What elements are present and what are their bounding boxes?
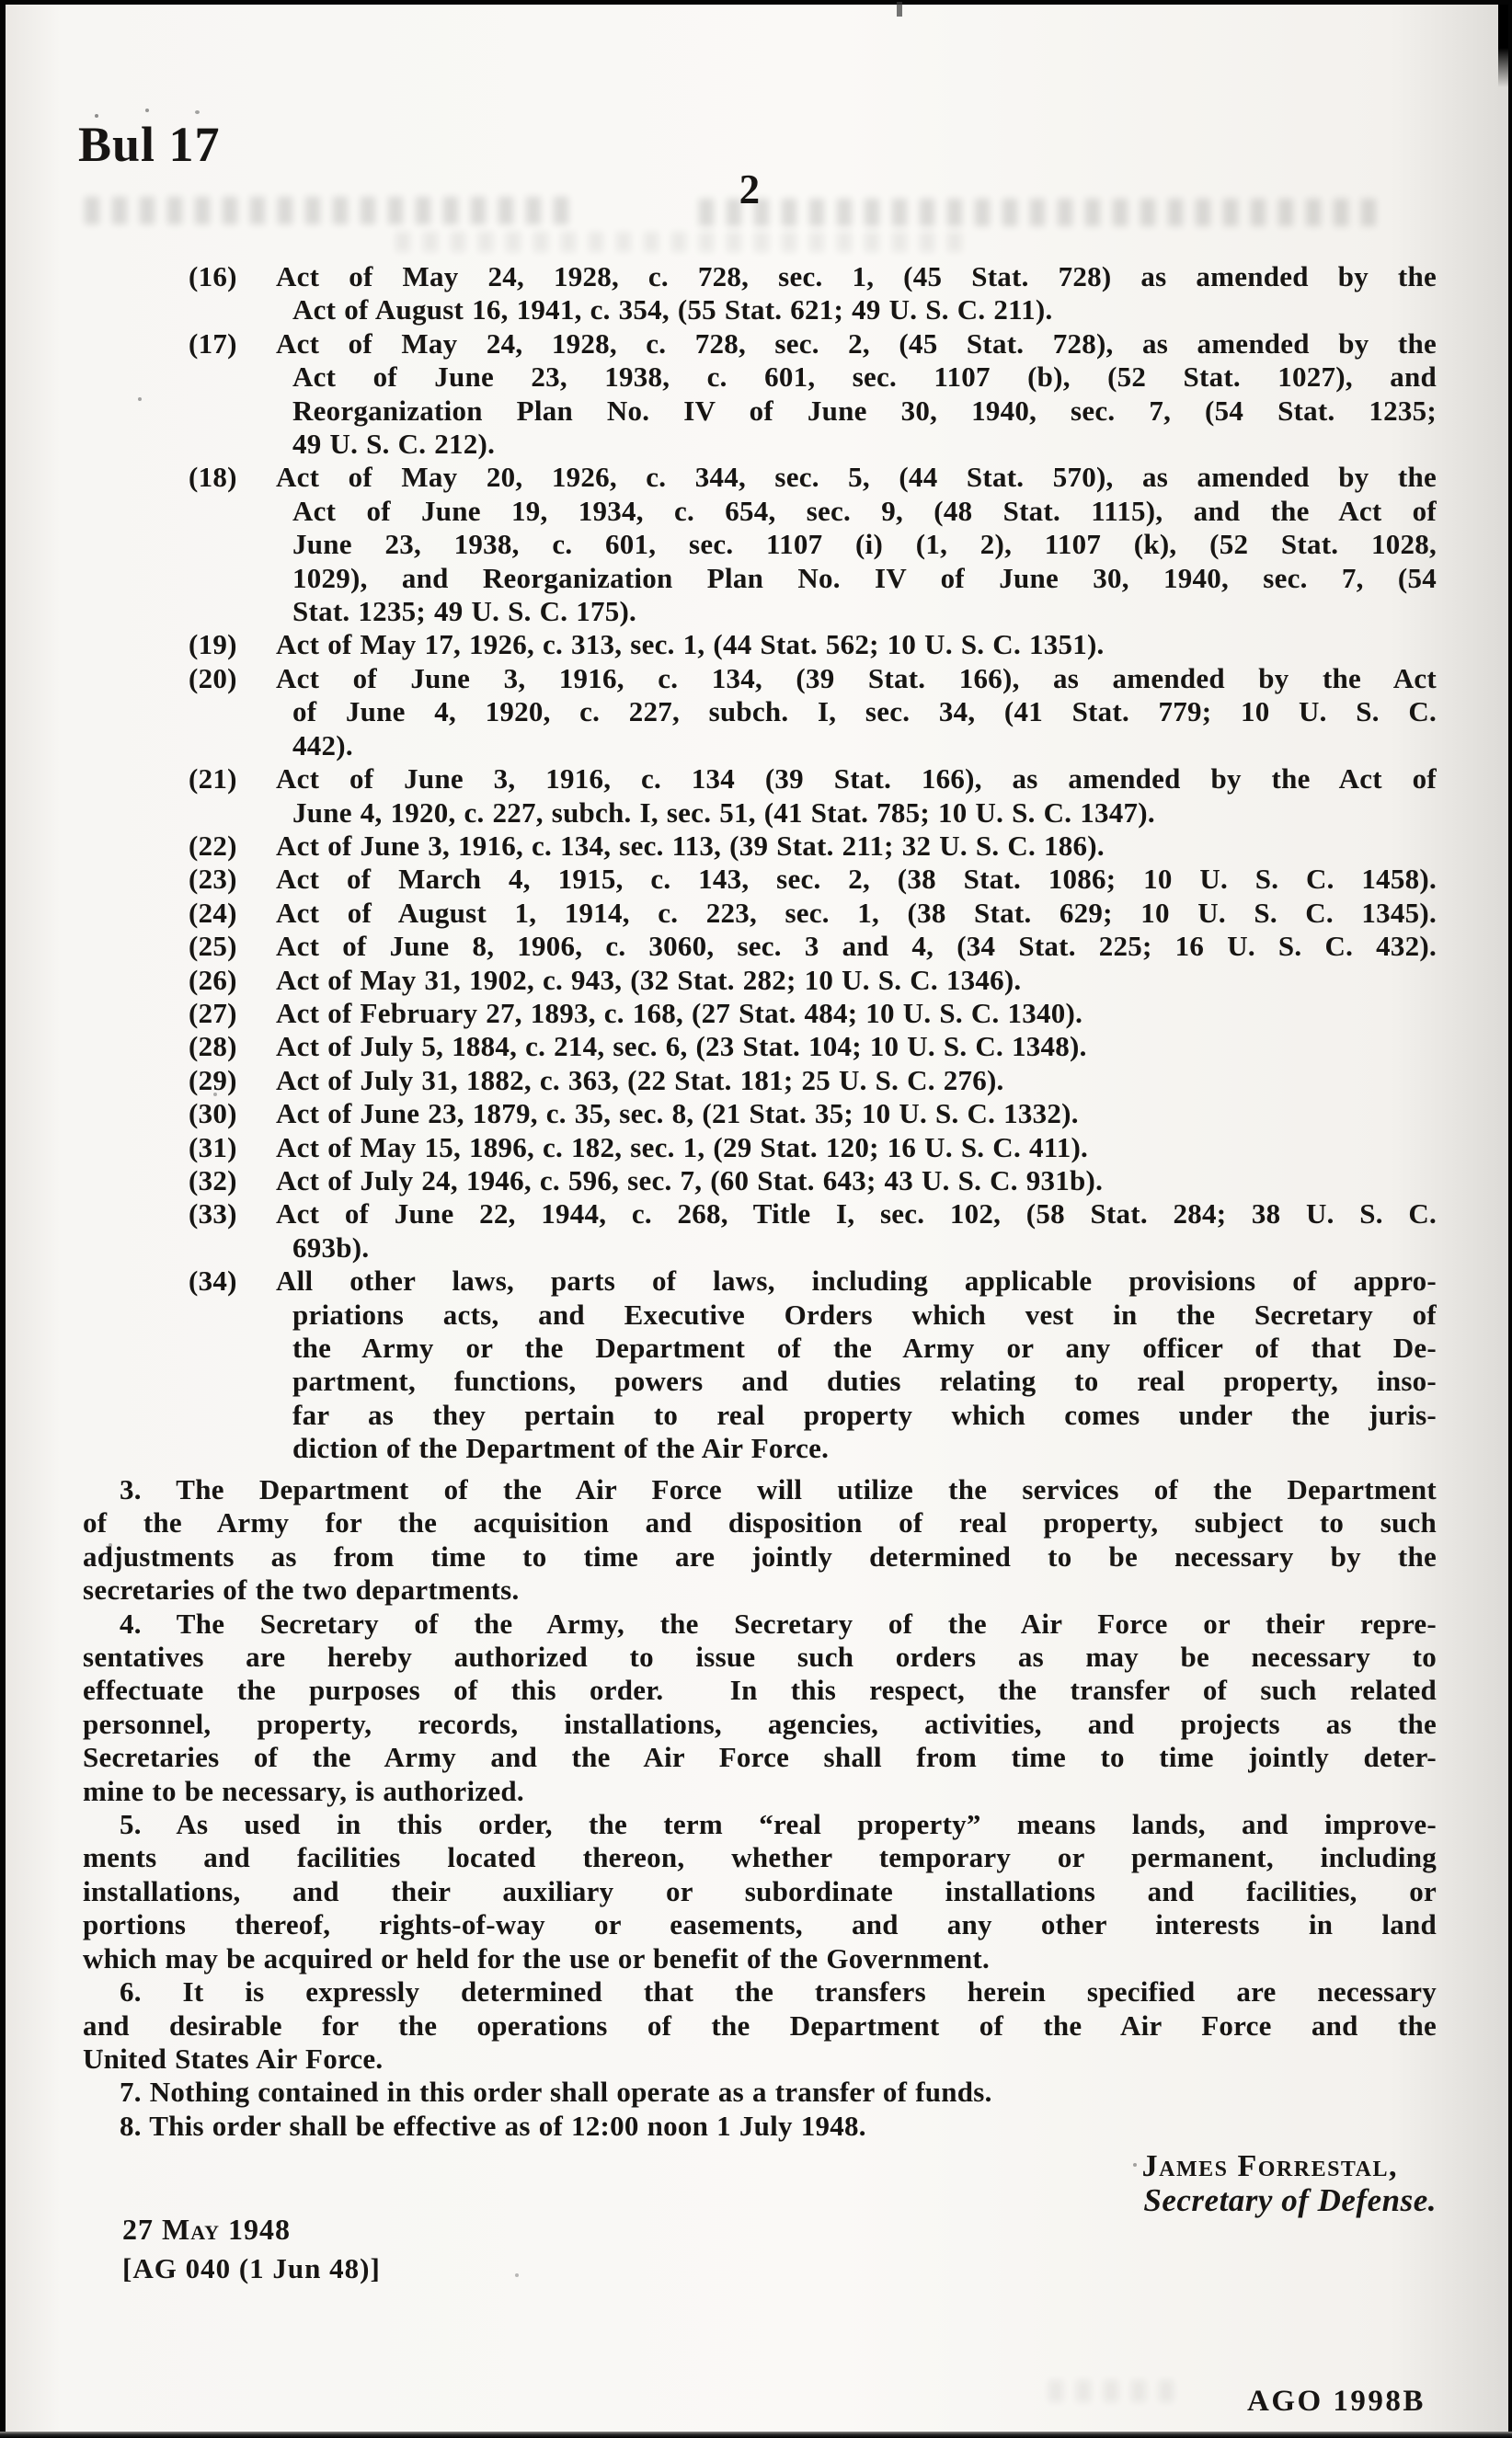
- text-line: June 4, 1920, c. 227, subch. I, sec. 51,…: [276, 796, 1437, 830]
- text-line: effectuate the purposes of this order. I…: [83, 1674, 1437, 1707]
- statute-item: (32)Act of July 24, 1946, c. 596, sec. 7…: [276, 1164, 1437, 1197]
- item-number: (31): [189, 1131, 237, 1164]
- text-line: Act of May 24, 1928, c. 728, sec. 1, (45…: [276, 260, 1437, 293]
- text-line: Act of June 23, 1879, c. 35, sec. 8, (21…: [276, 1097, 1437, 1130]
- ago-print-number: AGO 1998B: [1247, 2385, 1426, 2419]
- item-number: (32): [189, 1164, 237, 1197]
- item-number: (33): [189, 1197, 237, 1230]
- document-page: Bul 17 2 (16)Act of May 24, 1928, c. 728…: [0, 0, 1512, 2438]
- text-line: 5. As used in this order, the term “real…: [83, 1808, 1437, 1841]
- item-number: (27): [189, 997, 237, 1030]
- statute-item: (33)Act of June 22, 1944, c. 268, Title …: [276, 1197, 1437, 1265]
- item-number: (28): [189, 1030, 237, 1063]
- order-date: 27 May 1948: [122, 2213, 291, 2247]
- order-paragraph: 7. Nothing contained in this order shall…: [83, 2076, 1437, 2109]
- text-line: Act of June 23, 1938, c. 601, sec. 1107 …: [276, 361, 1437, 394]
- text-line: sentatives are hereby authorized to issu…: [83, 1641, 1437, 1674]
- text-line: Act of February 27, 1893, c. 168, (27 St…: [276, 997, 1437, 1030]
- order-paragraph: 3. The Department of the Air Force will …: [83, 1473, 1437, 1608]
- item-number: (26): [189, 964, 237, 997]
- ag-reference: [AG 040 (1 Jun 48)]: [122, 2252, 381, 2285]
- text-line: All other laws, parts of laws, including…: [276, 1265, 1437, 1298]
- ink-speck: [109, 1543, 112, 1547]
- text-line: Act of August 1, 1914, c. 223, sec. 1, (…: [276, 897, 1437, 930]
- text-line: June 23, 1938, c. 601, sec. 1107 (i) (1,…: [276, 528, 1437, 561]
- statute-item: (24)Act of August 1, 1914, c. 223, sec. …: [276, 897, 1437, 930]
- scan-border-right: [1508, 0, 1512, 2438]
- text-line: Act of August 16, 1941, c. 354, (55 Stat…: [276, 293, 1437, 326]
- text-line: mine to be necessary, is authorized.: [83, 1775, 1437, 1808]
- item-number: (24): [189, 897, 237, 930]
- scan-smudge: [1048, 2380, 1186, 2402]
- text-line: Reorganization Plan No. IV of June 30, 1…: [276, 395, 1437, 428]
- scan-artifact-tick: [897, 2, 902, 17]
- ink-speck: [145, 109, 149, 112]
- text-line: 7. Nothing contained in this order shall…: [83, 2076, 1437, 2109]
- text-line: Act of July 31, 1882, c. 363, (22 Stat. …: [276, 1064, 1437, 1097]
- text-line: 49 U. S. C. 212).: [276, 428, 1437, 461]
- text-line: Act of July 5, 1884, c. 214, sec. 6, (23…: [276, 1030, 1437, 1063]
- text-line: priations acts, and Executive Orders whi…: [276, 1299, 1437, 1332]
- signature-name: James Forrestal,: [1142, 2149, 1398, 2184]
- statute-item: (28)Act of July 5, 1884, c. 214, sec. 6,…: [276, 1030, 1437, 1063]
- order-paragraph: 5. As used in this order, the term “real…: [83, 1808, 1437, 1975]
- statute-item: (26)Act of May 31, 1902, c. 943, (32 Sta…: [276, 964, 1437, 997]
- scan-border-left: [0, 0, 6, 2438]
- item-number: (16): [189, 260, 237, 293]
- item-number: (18): [189, 461, 237, 494]
- text-line: partment, functions, powers and duties r…: [276, 1365, 1437, 1398]
- statute-item: (31)Act of May 15, 1896, c. 182, sec. 1,…: [276, 1131, 1437, 1164]
- statute-item: (17)Act of May 24, 1928, c. 728, sec. 2,…: [276, 327, 1437, 462]
- statute-item: (34)All other laws, parts of laws, inclu…: [276, 1265, 1437, 1465]
- ink-speck: [95, 114, 98, 118]
- text-line: secretaries of the two departments.: [83, 1574, 1437, 1607]
- ink-speck: [515, 2273, 519, 2277]
- statute-item: (19)Act of May 17, 1926, c. 313, sec. 1,…: [276, 628, 1437, 661]
- item-number: (22): [189, 830, 237, 863]
- text-line: Act of June 8, 1906, c. 3060, sec. 3 and…: [276, 930, 1437, 963]
- text-line: 4. The Secretary of the Army, the Secret…: [83, 1608, 1437, 1641]
- item-number: (20): [189, 662, 237, 695]
- item-number: (19): [189, 628, 237, 661]
- text-line: Act of May 24, 1928, c. 728, sec. 2, (45…: [276, 327, 1437, 361]
- item-number: (30): [189, 1097, 237, 1130]
- order-paragraph: 8. This order shall be effective as of 1…: [83, 2110, 1437, 2143]
- order-paragraph: 4. The Secretary of the Army, the Secret…: [83, 1608, 1437, 1808]
- text-line: of the Army for the acquisition and disp…: [83, 1506, 1437, 1539]
- text-line: Act of July 24, 1946, c. 596, sec. 7, (6…: [276, 1164, 1437, 1197]
- item-number: (21): [189, 762, 237, 795]
- scan-border-bottom: [0, 2432, 1512, 2438]
- statute-item: (25)Act of June 8, 1906, c. 3060, sec. 3…: [276, 930, 1437, 963]
- text-line: which may be acquired or held for the us…: [83, 1942, 1437, 1975]
- text-line: 3. The Department of the Air Force will …: [83, 1473, 1437, 1506]
- text-line: United States Air Force.: [83, 2043, 1437, 2076]
- text-line: Act of June 19, 1934, c. 654, sec. 9, (4…: [276, 495, 1437, 528]
- text-line: and desirable for the operations of the …: [83, 2009, 1437, 2043]
- text-line: personnel, property, records, installati…: [83, 1708, 1437, 1741]
- statute-item: (20)Act of June 3, 1916, c. 134, (39 Sta…: [276, 662, 1437, 762]
- statute-item: (16)Act of May 24, 1928, c. 728, sec. 1,…: [276, 260, 1437, 327]
- item-number: (23): [189, 863, 237, 896]
- statute-item: (30)Act of June 23, 1879, c. 35, sec. 8,…: [276, 1097, 1437, 1130]
- ink-speck: [99, 2049, 103, 2053]
- statute-item: (27)Act of February 27, 1893, c. 168, (2…: [276, 997, 1437, 1030]
- ink-speck: [213, 1093, 217, 1096]
- text-line: 442).: [276, 729, 1437, 762]
- text-line: Act of June 3, 1916, c. 134, sec. 113, (…: [276, 830, 1437, 863]
- scan-smudge: [699, 199, 1389, 226]
- statute-item: (18)Act of May 20, 1926, c. 344, sec. 5,…: [276, 461, 1437, 628]
- signature-title: Secretary of Defense.: [1143, 2182, 1437, 2219]
- ink-speck: [1133, 2163, 1137, 2167]
- text-line: of June 4, 1920, c. 227, subch. I, sec. …: [276, 695, 1437, 728]
- scan-smudge: [395, 232, 966, 252]
- text-line: Act of June 22, 1944, c. 268, Title I, s…: [276, 1197, 1437, 1230]
- bulletin-label: Bul 17: [78, 116, 221, 173]
- text-line: adjustments as from time to time are joi…: [83, 1540, 1437, 1574]
- order-paragraphs: 3. The Department of the Air Force will …: [83, 1473, 1437, 2143]
- text-line: 693b).: [276, 1231, 1437, 1265]
- text-line: diction of the Department of the Air For…: [276, 1432, 1437, 1465]
- scan-border-top: [0, 0, 1512, 5]
- item-number: (29): [189, 1064, 237, 1097]
- text-line: Act of June 3, 1916, c. 134, (39 Stat. 1…: [276, 662, 1437, 695]
- text-line: installations, and their auxiliary or su…: [83, 1875, 1437, 1908]
- item-number: (34): [189, 1265, 237, 1298]
- text-line: Act of June 3, 1916, c. 134 (39 Stat. 16…: [276, 762, 1437, 795]
- ink-speck: [195, 110, 200, 114]
- item-number: (25): [189, 930, 237, 963]
- text-line: ments and facilities located thereon, wh…: [83, 1841, 1437, 1874]
- text-line: Act of May 15, 1896, c. 182, sec. 1, (29…: [276, 1131, 1437, 1164]
- statute-item: (23)Act of March 4, 1915, c. 143, sec. 2…: [276, 863, 1437, 896]
- text-line: Stat. 1235; 49 U. S. C. 175).: [276, 595, 1437, 628]
- statute-item: (22)Act of June 3, 1916, c. 134, sec. 11…: [276, 830, 1437, 863]
- order-paragraph: 6. It is expressly determined that the t…: [83, 1975, 1437, 2076]
- text-line: far as they pertain to real property whi…: [276, 1399, 1437, 1432]
- text-line: 6. It is expressly determined that the t…: [83, 1975, 1437, 2009]
- scan-smudge: [85, 197, 581, 224]
- text-line: Act of May 17, 1926, c. 313, sec. 1, (44…: [276, 628, 1437, 661]
- text-line: 8. This order shall be effective as of 1…: [83, 2110, 1437, 2143]
- text-line: 1029), and Reorganization Plan No. IV of…: [276, 562, 1437, 595]
- text-line: the Army or the Department of the Army o…: [276, 1332, 1437, 1365]
- item-number: (17): [189, 327, 237, 361]
- text-line: Act of March 4, 1915, c. 143, sec. 2, (3…: [276, 863, 1437, 896]
- statute-item: (21)Act of June 3, 1916, c. 134 (39 Stat…: [276, 762, 1437, 830]
- text-line: Act of May 31, 1902, c. 943, (32 Stat. 2…: [276, 964, 1437, 997]
- text-line: portions thereof, rights-of-way or easem…: [83, 1908, 1437, 1941]
- ink-speck: [138, 397, 142, 401]
- statute-list: (16)Act of May 24, 1928, c. 728, sec. 1,…: [0, 260, 1512, 1466]
- text-line: Secretaries of the Army and the Air Forc…: [83, 1741, 1437, 1774]
- statute-item: (29)Act of July 31, 1882, c. 363, (22 St…: [276, 1064, 1437, 1097]
- text-line: Act of May 20, 1926, c. 344, sec. 5, (44…: [276, 461, 1437, 494]
